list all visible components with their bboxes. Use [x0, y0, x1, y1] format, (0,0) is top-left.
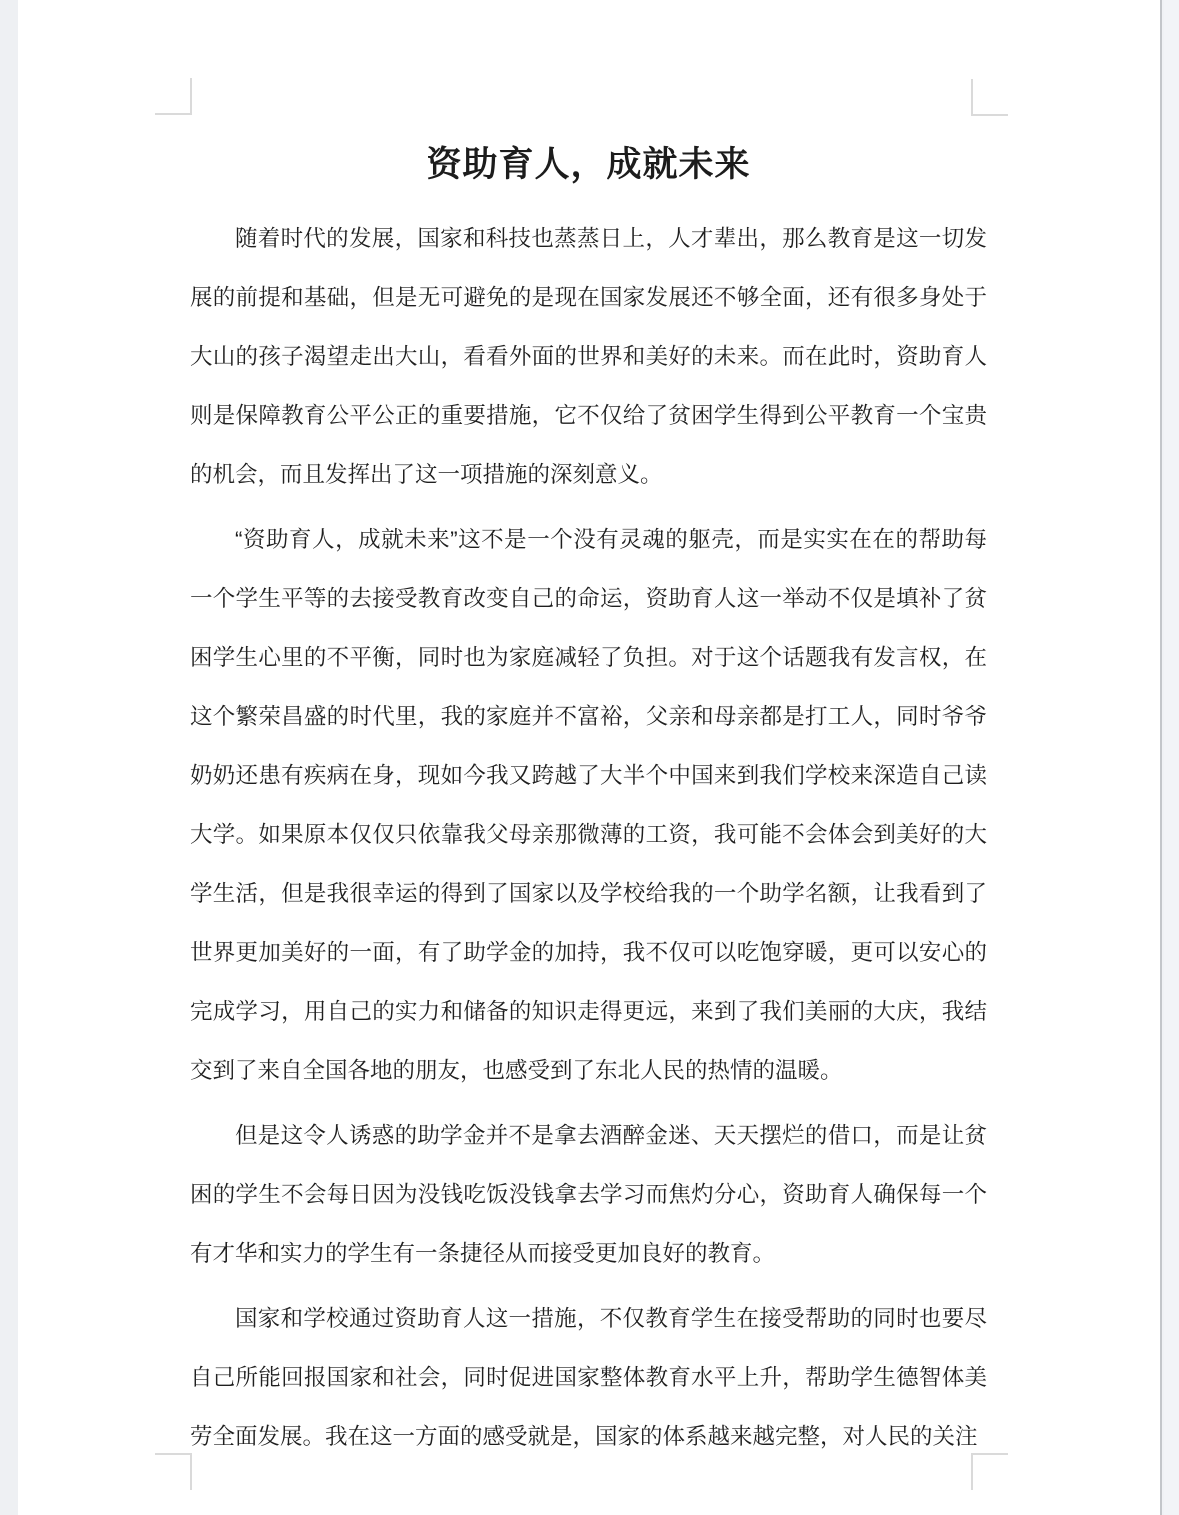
document-viewer: { "document": { "title": "资助育人，成就未来", "p… [0, 0, 1179, 1515]
document-page[interactable]: 资助育人，成就未来 随着时代的发展，国家和科技也蒸蒸日上，人才辈出，那么教育是这… [18, 0, 1162, 1515]
paragraph-2[interactable]: “资助育人，成就未来”这不是一个没有灵魂的躯壳，而是实实在在的帮助每一个学生平等… [190, 510, 987, 1100]
margin-mark-top-left-icon [155, 78, 192, 115]
left-gutter [0, 0, 18, 1515]
paragraph-1[interactable]: 随着时代的发展，国家和科技也蒸蒸日上，人才辈出，那么教育是这一切发展的前提和基础… [190, 209, 987, 504]
margin-mark-bottom-right-icon [971, 1453, 1008, 1490]
margin-mark-bottom-left-icon [155, 1453, 192, 1490]
right-gutter [1164, 0, 1179, 1515]
paragraph-3[interactable]: 但是这令人诱惑的助学金并不是拿去酒醉金迷、天天摆烂的借口，而是让贫困的学生不会每… [190, 1106, 987, 1283]
document-title[interactable]: 资助育人，成就未来 [190, 140, 987, 190]
text-area: 资助育人，成就未来 随着时代的发展，国家和科技也蒸蒸日上，人才辈出，那么教育是这… [18, 140, 1160, 1466]
margin-mark-top-right-icon [971, 79, 1008, 116]
paragraph-4[interactable]: 国家和学校通过资助育人这一措施，不仅教育学生在接受帮助的同时也要尽自己所能回报国… [190, 1289, 987, 1466]
